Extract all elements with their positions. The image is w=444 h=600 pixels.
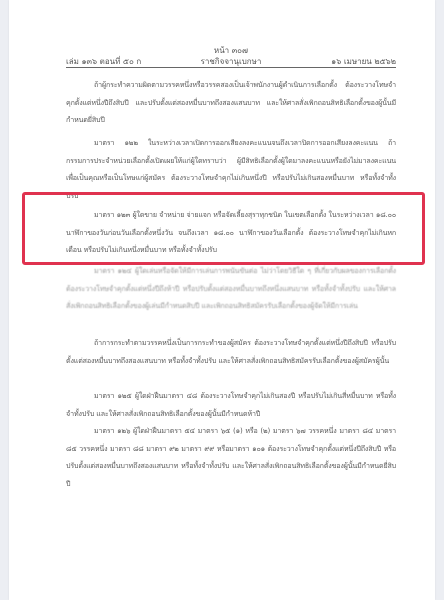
page-content: หน้า ๓๐๗ เล่ม ๑๓๖ ตอนที่ ๕๐ ก ราชกิจจานุ…: [66, 0, 396, 600]
document-page: หน้า ๓๐๗ เล่ม ๑๓๖ ตอนที่ ๕๐ ก ราชกิจจานุ…: [9, 0, 435, 600]
paragraph-section-125: มาตรา ๑๒๕ ผู้ใดฝ่าฝืนมาตรา ๔๘ ต้องระวางโ…: [66, 387, 396, 422]
paragraph: ถ้าผู้กระทำความผิดตามวรรคหนึ่งหรือวรรคสอ…: [66, 76, 396, 129]
paragraph-section-126: มาตรา ๑๒๖ ผู้ใดฝ่าฝืนมาตรา ๕๔ มาตรา ๖๕ (…: [66, 422, 396, 492]
gazette-header: เล่ม ๑๓๖ ตอนที่ ๕๐ ก ราชกิจจานุเบกษา ๑๖ …: [66, 55, 396, 67]
paragraph: ถ้าการกระทำตามวรรคหนึ่งเป็นการกระทำของผู…: [66, 334, 396, 369]
paragraph-section-124: มาตรา ๑๒๔ ผู้ใดเล่นหรือจัดให้มีการเล่นกา…: [66, 262, 396, 315]
header-rule: [66, 67, 396, 68]
highlight-annotation-box: [22, 192, 425, 265]
